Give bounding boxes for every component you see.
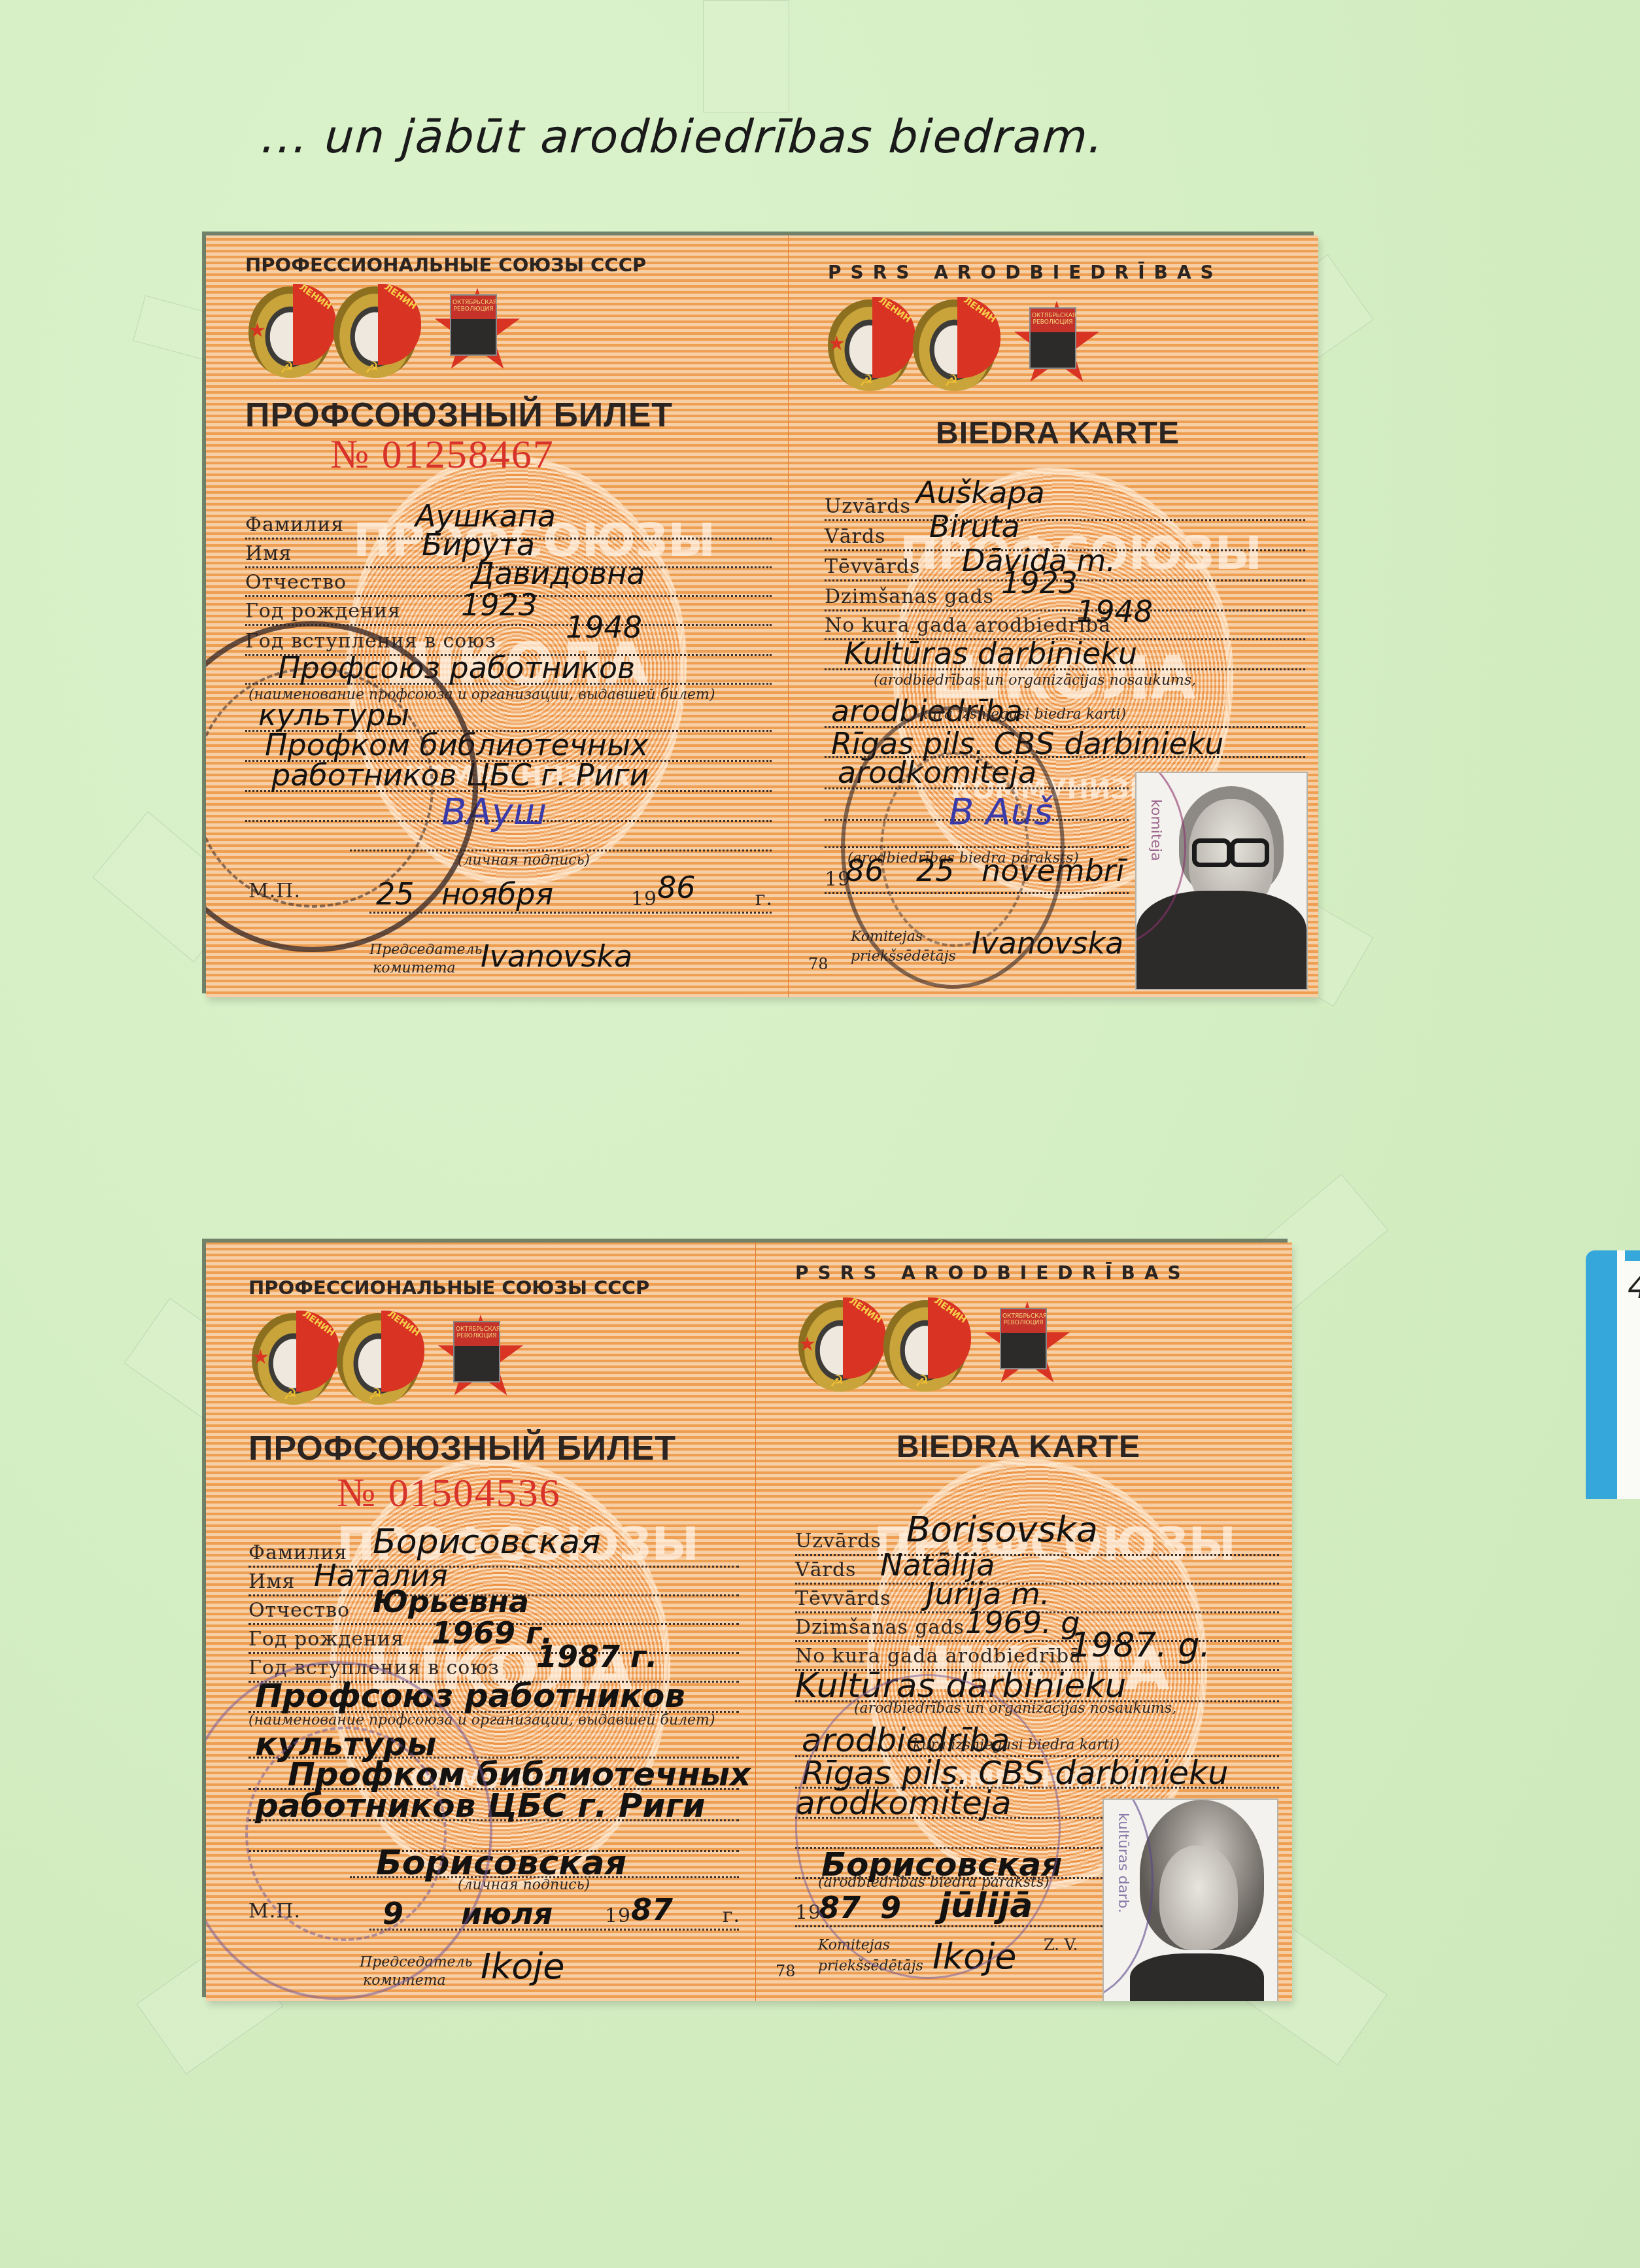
- card-serial-number: № 01258467: [330, 432, 555, 478]
- tape-strip: [703, 0, 789, 112]
- value-surname: Борисовская: [373, 1522, 601, 1562]
- value-issue-month: ноября: [441, 876, 553, 912]
- member-photo: kultūras darb.: [1102, 1798, 1278, 2001]
- index-tab[interactable]: 4: [1586, 1250, 1640, 1499]
- lenin-medal-icon: ★ЛЕНИН☭: [248, 286, 332, 378]
- chairman-signature: Ikoje: [481, 1946, 564, 1987]
- signature-caption: (личная подпись): [458, 852, 590, 868]
- medals-emblem: ★ЛЕНИН☭ ЛЕНИН☭ ★ОКТЯБРЬСКАЯ РЕВОЛЮЦИЯ: [798, 1295, 1086, 1393]
- page-heading: ... un jābūt arodbiedrības biedram.: [260, 110, 1106, 163]
- october-revolution-star-icon: ★ОКТЯБРЬСКАЯ РЕВОЛЮЦИЯ: [428, 1308, 533, 1413]
- member-photo: komiteja: [1135, 772, 1308, 990]
- form-number: 78: [808, 955, 829, 973]
- value-birth-year: 1969 г.: [432, 1615, 553, 1651]
- field-birth-year: Dzimšanas gads 1923: [825, 581, 1305, 611]
- chairman-suffix: Z. V.: [1044, 1936, 1078, 1954]
- lenin-medal-icon: ЛЕНИН☭: [333, 286, 417, 378]
- field-org-line1: Kultūras darbinieku: [825, 640, 1305, 670]
- round-stamp-inner: [880, 752, 1029, 947]
- index-tab-number: 4: [1628, 1267, 1640, 1307]
- field-surname: Uzvārds Borisovska: [795, 1525, 1279, 1556]
- october-revolution-star-icon: ★ОКТЯБРЬСКАЯ РЕВОЛЮЦИЯ: [1004, 294, 1109, 399]
- glasses-icon: [1192, 838, 1231, 867]
- field-surname: Uzvārds Auškapa: [825, 490, 1305, 521]
- card-serial-number: № 01504536: [337, 1470, 561, 1517]
- chairman-label-2: комитета: [373, 960, 456, 976]
- value-join-year: 1987 г.: [536, 1639, 658, 1674]
- union-card-2: ПРОФСОЮЗЫ ШКОЛА КОММУНИЗМА ПРОФЕССИОНАЛЬ…: [206, 1243, 1291, 2001]
- value-patronymic: Давидовна: [471, 556, 645, 591]
- lenin-medal-icon: ★ЛЕНИН☭: [798, 1300, 882, 1392]
- value-birth-year: 1923: [461, 587, 538, 623]
- medals-emblem: ★ЛЕНИН☭ ЛЕНИН☭ ★ОКТЯБРЬСКАЯ РЕВОЛЮЦИЯ: [252, 1308, 539, 1406]
- round-stamp: [795, 1674, 1061, 1979]
- value-birth-year: 1923: [1001, 565, 1078, 600]
- round-stamp-inner: [245, 1727, 447, 1941]
- card-page-latvian: ПРОФСОЮЗЫ ШКОЛА КОММУНИЗМА PSRS ARODBIED…: [755, 1243, 1292, 2001]
- value-issue-year: 87: [631, 1892, 673, 1927]
- lenin-medal-icon: ★ЛЕНИН☭: [828, 300, 912, 391]
- union-card-1: ПРОФСОЮЗЫ ШКОЛА КОММУНИЗМА ПРОФЕССИОНАЛЬ…: [206, 235, 1318, 997]
- lenin-medal-icon: ★ЛЕНИН☭: [252, 1313, 335, 1405]
- card-title: BIEDRA KARTE: [936, 415, 1180, 451]
- value-name: Biruta: [929, 509, 1020, 544]
- lenin-medal-icon: ЛЕНИН☭: [883, 1300, 967, 1392]
- value-patronymic: Юрьевна: [373, 1584, 529, 1619]
- field-birth-year: Год рождения 1969 г.: [248, 1623, 739, 1654]
- card-page-latvian: ПРОФСОЮЗЫ ШКОЛА КОММУНИЗМА PSRS ARODBIED…: [788, 235, 1318, 997]
- value-join-year: 1987. g.: [1070, 1626, 1210, 1665]
- card-page-russian: ПРОФСОЮЗЫ ШКОЛА КОММУНИЗМА ПРОФЕССИОНАЛЬ…: [206, 235, 789, 997]
- value-surname: Auškapa: [916, 475, 1045, 510]
- card-title: ПРОФСОЮЗНЫЙ БИЛЕТ: [245, 396, 673, 435]
- chairman-label-1: Председатель: [369, 942, 483, 958]
- medals-emblem: ★ЛЕНИН☭ ЛЕНИН☭ ★ОКТЯБРЬСКАЯ РЕВОЛЮЦИЯ: [248, 281, 536, 379]
- value-birth-year: 1969. g: [965, 1605, 1080, 1640]
- form-number: 78: [776, 1962, 796, 1980]
- lenin-medal-icon: ЛЕНИН☭: [913, 300, 997, 391]
- card-title: ПРОФСОЮЗНЫЙ БИЛЕТ: [248, 1429, 676, 1468]
- card-title: BIEDRA KARTE: [897, 1429, 1140, 1465]
- october-revolution-star-icon: ★ОКТЯБРЬСКАЯ РЕВОЛЮЦИЯ: [425, 281, 530, 386]
- lenin-medal-icon: ЛЕНИН☭: [337, 1313, 420, 1405]
- card-page-russian: ПРОФСОЮЗЫ ШКОЛА КОММУНИЗМА ПРОФЕССИОНАЛЬ…: [206, 1243, 757, 2001]
- chairman-signature: Ivanovska: [481, 938, 632, 974]
- value-org-line1: Kultūras darbinieku: [844, 636, 1137, 671]
- value-issue-year: 86: [657, 870, 696, 905]
- value-surname: Borisovska: [906, 1509, 1098, 1550]
- org-caption: (arodbiedrības un organizācijas nosaukum…: [874, 672, 1196, 689]
- value-join-year: 1948: [1076, 594, 1153, 629]
- medals-emblem: ★ЛЕНИН☭ ЛЕНИН☭ ★ОКТЯБРЬСКАЯ РЕВОЛЮЦИЯ: [828, 294, 1116, 392]
- value-join-year: 1948: [566, 610, 642, 645]
- october-revolution-star-icon: ★ОКТЯБРЬСКАЯ РЕВОЛЮЦИЯ: [975, 1295, 1080, 1400]
